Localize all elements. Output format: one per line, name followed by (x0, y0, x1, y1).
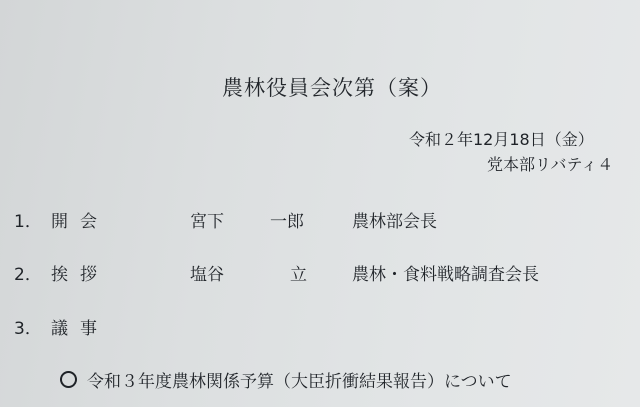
speaker-family-name: 塩谷 (190, 260, 224, 285)
item-number: 1． (14, 207, 42, 232)
speaker-given-name: 立 (290, 260, 307, 285)
document-title: 農林役員会次第（案） (222, 72, 442, 102)
item-number: 2． (14, 260, 42, 285)
meeting-venue: 党本部リバティ４ (487, 152, 613, 175)
document-page: 農林役員会次第（案） 令和２年12月18日（金） 党本部リバティ４ 1． 開会 … (0, 0, 640, 407)
circle-bullet-icon (60, 371, 77, 388)
item-label: 開会 (51, 207, 109, 232)
meeting-date: 令和２年12月18日（金） (409, 127, 594, 150)
agenda-subitem: 令和３年度農林関係予算（大臣折衝結果報告）について (60, 367, 512, 392)
speaker-role: 農林・食料戦略調査会長 (352, 260, 539, 285)
speaker-role: 農林部会長 (352, 207, 437, 232)
item-number: 3． (14, 314, 42, 339)
item-label: 挨拶 (51, 260, 109, 285)
item-label: 議事 (51, 314, 109, 339)
agenda-subitem-text: 令和３年度農林関係予算（大臣折衝結果報告）について (87, 372, 512, 392)
speaker-given-name: 一郎 (270, 207, 304, 232)
speaker-family-name: 宮下 (190, 207, 224, 232)
